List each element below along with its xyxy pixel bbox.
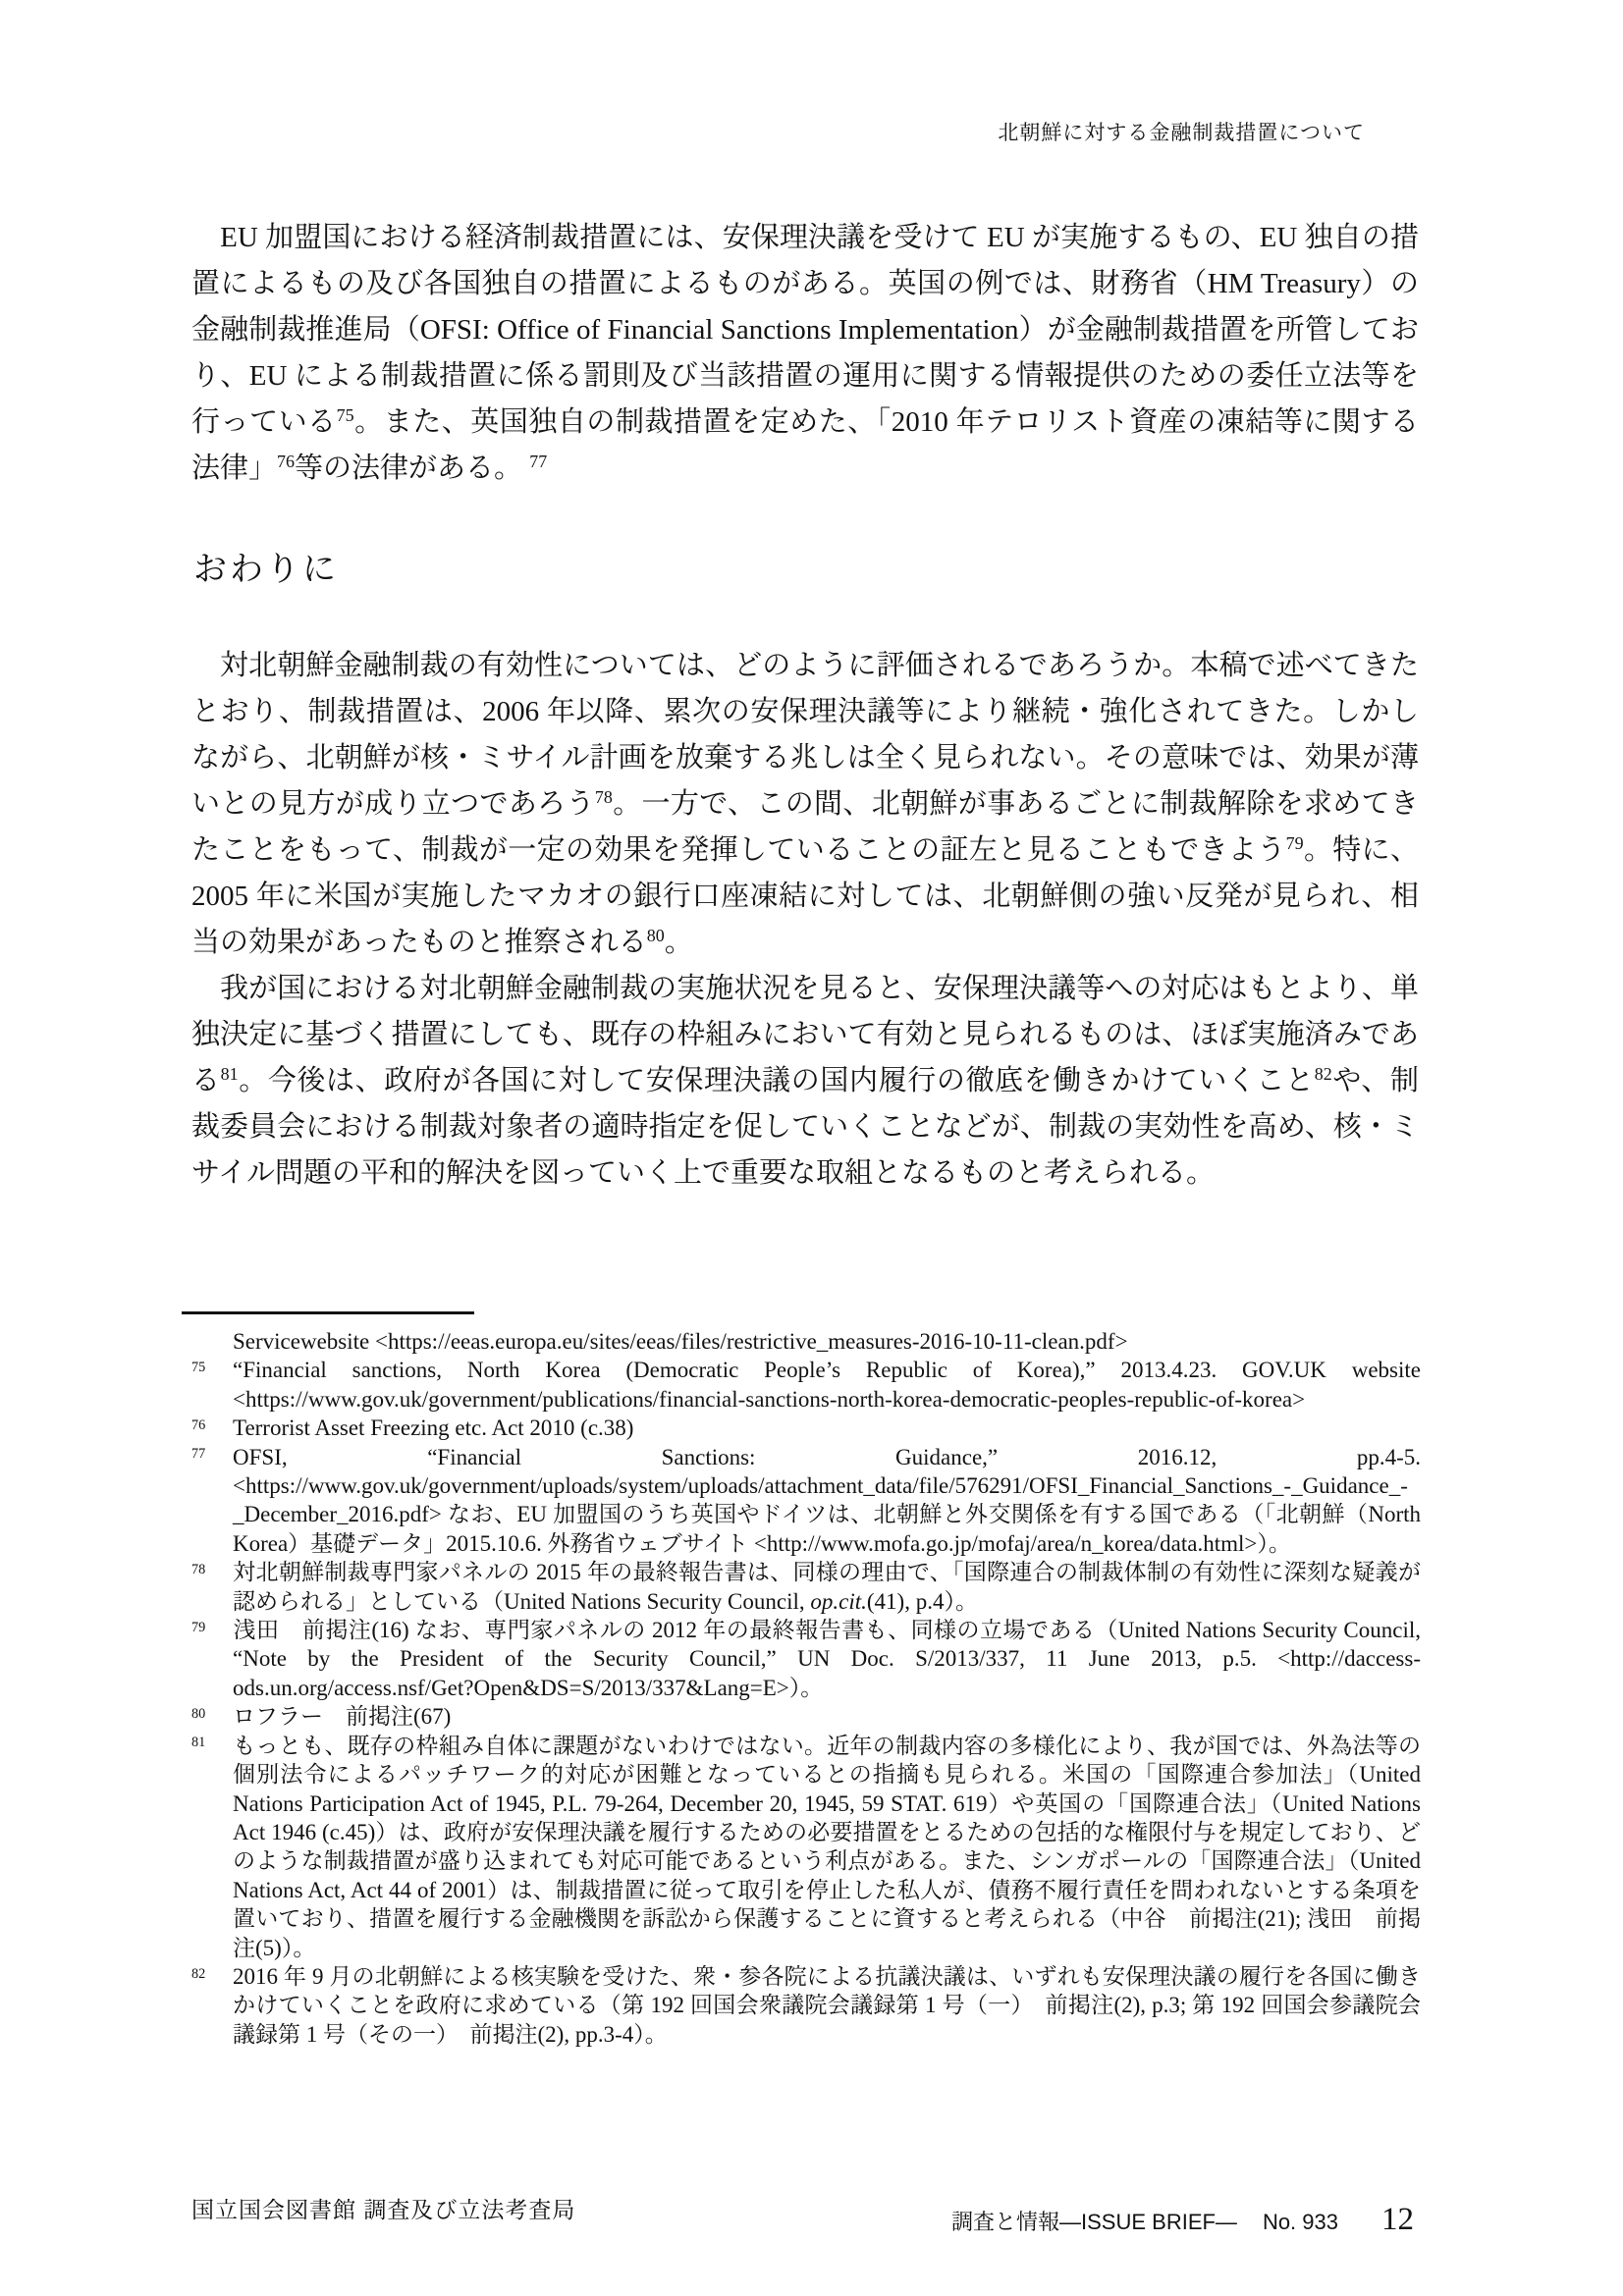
footnote-ref: 79 [1286, 833, 1304, 853]
page-number: 12 [1381, 2202, 1414, 2237]
footnote-item: 76Terrorist Asset Freezing etc. Act 2010… [191, 1414, 1421, 1442]
footnote-ref: 82 [1315, 1064, 1332, 1084]
footnotes-list: Servicewebsite <https://eeas.europa.eu/s… [191, 1327, 1421, 2049]
footnote-separator-rule [182, 1311, 474, 1314]
running-header-title: 北朝鮮に対する金融制裁措置について [998, 117, 1365, 146]
footer-series-label: 調査と情報―ISSUE BRIEF― [951, 2210, 1237, 2234]
paragraph-japan-implementation: 我が国における対北朝鮮金融制裁の実施状況を見ると、安保理決議等への対応はもとより… [191, 966, 1419, 1197]
section-heading-conclusion: おわりに [193, 542, 339, 590]
footnote-item: 75“Financial sanctions, North Korea (Dem… [191, 1356, 1421, 1414]
footnote-ref: 77 [529, 452, 547, 471]
paragraph-sanctions-effectiveness: 対北朝鮮金融制裁の有効性については、どのように評価されるであろうか。本稿で述べて… [191, 643, 1419, 966]
footnote-item: 78対北朝鮮制裁専門家パネルの 2015 年の最終報告書は、同様の理由で、「国際… [191, 1558, 1421, 1616]
footnote-item: Servicewebsite <https://eeas.europa.eu/s… [191, 1327, 1421, 1356]
footnote-item: 79浅田 前掲注(16) なお、専門家パネルの 2012 年の最終報告書も、同様… [191, 1616, 1421, 1702]
conclusion-body: 対北朝鮮金融制裁の有効性については、どのように評価されるであろうか。本稿で述べて… [191, 643, 1419, 1197]
footnote-item: 81もっとも、既存の枠組み自体に課題がないわけではない。近年の制裁内容の多様化に… [191, 1732, 1421, 1962]
footer-publication-info: 調査と情報―ISSUE BRIEF―No. 93312 [951, 2202, 1414, 2238]
footer-organization: 国立国会図書館 調査及び立法考査局 [191, 2192, 575, 2224]
footnote-item: 77OFSI, “Financial Sanctions: Guidance,”… [191, 1443, 1421, 1559]
footnote-item: 80ロフラー 前掲注(67) [191, 1702, 1421, 1731]
footnote-ref: 76 [277, 452, 295, 471]
document-page: { "header": { "running_title": "北朝鮮に対する金… [0, 0, 1623, 2296]
paragraph-eu-sanctions: EU 加盟国における経済制裁措置には、安保理決議を受けて EU が実施するもの、… [191, 215, 1419, 492]
footnote-ref: 75 [337, 405, 354, 425]
footer-issue-number: No. 933 [1263, 2210, 1338, 2234]
footnote-item: 822016 年 9 月の北朝鮮による核実験を受けた、衆・参各院による抗議決議は… [191, 1962, 1421, 2049]
footnote-ref: 81 [221, 1064, 239, 1084]
footnote-ref: 80 [647, 926, 665, 945]
footnote-ref: 78 [595, 787, 613, 807]
